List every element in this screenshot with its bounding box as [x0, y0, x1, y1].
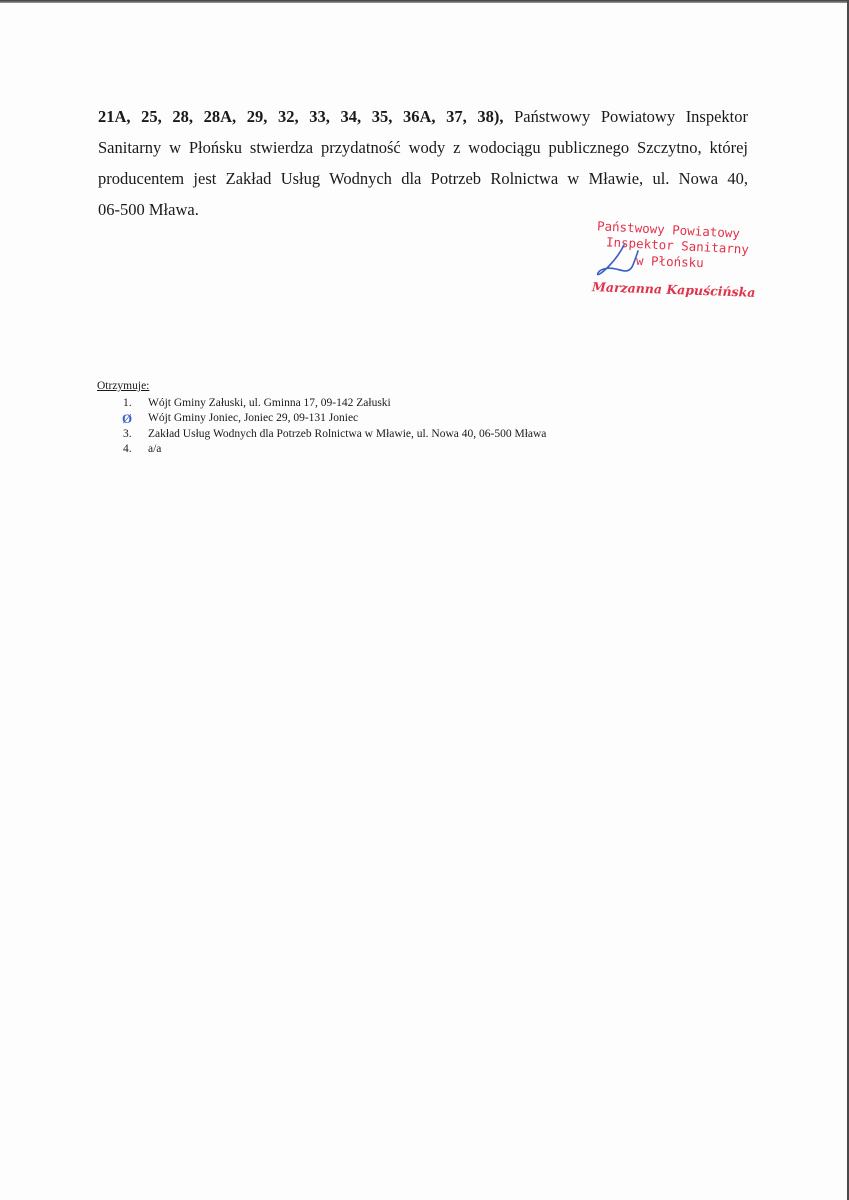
- stamp-line-3: w Płońsku: [636, 253, 704, 270]
- list-item: 4. a/a: [97, 442, 546, 458]
- handwritten-signature-icon: [594, 243, 644, 279]
- list-item: 3. Zakład Usług Wodnych dla Potrzeb Roln…: [97, 427, 546, 443]
- paragraph-line-1: 21A, 25, 28, 28A, 29, 32, 33, 34, 35, 36…: [98, 101, 748, 132]
- handwritten-check-mark-icon: Ø: [97, 411, 148, 427]
- list-item: 1. Wójt Gminy Załuski, ul. Gminna 17, 09…: [97, 396, 546, 412]
- recipients-list: Otrzymuje: 1. Wójt Gminy Załuski, ul. Gm…: [97, 379, 546, 458]
- scan-edge-top: [0, 0, 849, 3]
- paragraph-line-2: Sanitarny w Płońsku stwierdza przydatnoś…: [98, 132, 748, 163]
- sample-point-numbers: 21A, 25, 28, 28A, 29, 32, 33, 34, 35, 36…: [98, 107, 504, 126]
- paragraph-line-3: producentem jest Zakład Usług Wodnych dl…: [98, 163, 748, 194]
- stamp-name: Marzanna Kapuścińska: [592, 279, 756, 300]
- recipients-heading: Otrzymuje:: [97, 379, 546, 395]
- decision-paragraph: 21A, 25, 28, 28A, 29, 32, 33, 34, 35, 36…: [98, 101, 748, 225]
- list-item: Ø Wójt Gminy Joniec, Joniec 29, 09-131 J…: [97, 411, 546, 427]
